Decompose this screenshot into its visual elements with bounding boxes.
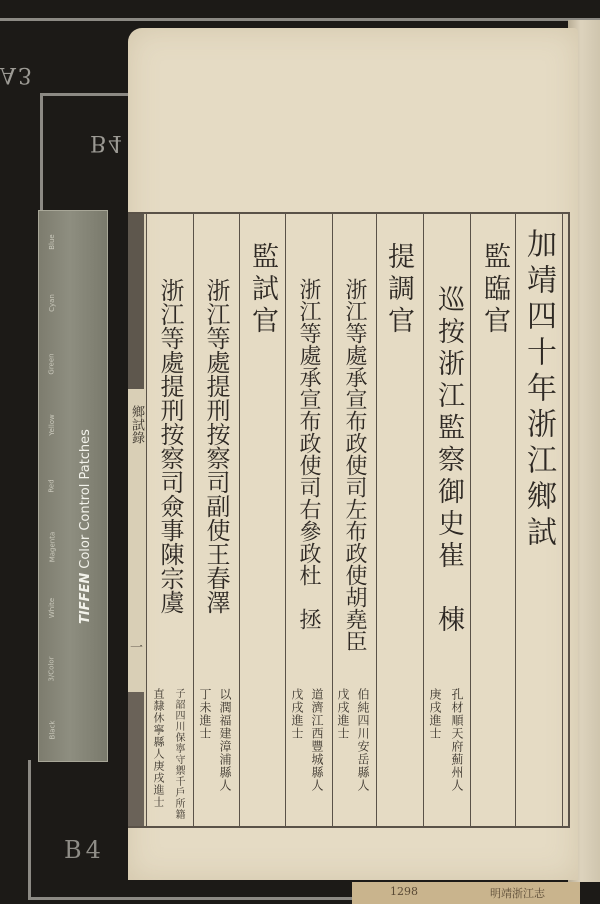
column-rule	[193, 214, 194, 826]
patch-label: Blue	[48, 234, 56, 250]
official-name: 浙江等處提刑按察司僉事陳宗虞	[152, 278, 188, 614]
strip-title: TIFFENColor Control Patches	[75, 251, 95, 801]
official-name: 浙江等處提刑按察司副使王春澤	[198, 278, 234, 614]
official-note: 丁未進士	[198, 688, 211, 740]
official-name: 巡按浙江監察御史崔 棟	[430, 285, 466, 637]
board-inner-box-top	[40, 93, 130, 96]
tiffen-logo: TIFFEN	[78, 572, 93, 623]
board-label-b4-bottom: B4	[64, 836, 105, 864]
board-label-b4-inner: B4	[90, 130, 124, 155]
official-note: 伯純四川安岳縣人	[356, 688, 369, 792]
official-name: 浙江等處承宣布政使司右參政杜 拯	[290, 278, 326, 630]
column-rule	[376, 214, 377, 826]
section-heading-tidiao: 提調官	[380, 242, 416, 338]
color-control-strip: Blue Cyan Green Yellow Red Magenta White…	[38, 210, 108, 762]
strip-title-text: Color Control Patches	[78, 429, 93, 569]
official-note: 戊戌進士	[290, 688, 303, 740]
column-rule	[470, 214, 471, 826]
column-rule	[285, 214, 286, 826]
patch-label: Yellow	[48, 414, 56, 436]
patch-label: Green	[48, 353, 56, 374]
column-rule	[423, 214, 424, 826]
section-heading-jianlin: 監臨官	[476, 242, 512, 338]
patch-label: Cyan	[48, 294, 56, 312]
official-note: 戊戌進士	[336, 688, 349, 740]
patch-label: Magenta	[48, 532, 56, 563]
official-note: 以潤福建漳浦縣人	[218, 688, 231, 792]
patch-labels: Blue Cyan Green Yellow Red Magenta White…	[45, 211, 59, 761]
patch-label: Black	[48, 721, 56, 740]
official-note: 子韶四川保寧守禦千戶所籍	[173, 688, 184, 820]
board-inner-box-left	[40, 93, 43, 213]
board-outer-left-line	[28, 760, 31, 900]
patch-label: White	[48, 598, 56, 618]
document-title: 加靖四十年浙江鄉試	[520, 228, 556, 552]
column-rule	[515, 214, 516, 826]
board-frame-top-line	[0, 18, 600, 21]
column-rule	[239, 214, 240, 826]
column-rule	[332, 214, 333, 826]
section-heading-jianshi: 監試官	[244, 242, 280, 338]
official-note: 直隸休寧縣人庚戌進士	[152, 688, 164, 808]
board-bottom-line	[28, 897, 358, 900]
library-slip: 1298 明靖浙江志	[352, 882, 580, 904]
slip-title: 明靖浙江志	[490, 885, 545, 901]
patch-label: Red	[48, 479, 56, 492]
official-note: 庚戌進士	[428, 688, 441, 740]
board-label-a3: A3	[0, 62, 34, 87]
patch-label: 3/Color	[48, 657, 56, 682]
slip-number: 1298	[390, 885, 418, 898]
official-note: 道濟江西豐城縣人	[310, 688, 323, 792]
official-note: 孔材順天府薊州人	[450, 688, 463, 792]
official-name: 浙江等處承宣布政使司左布政使胡堯臣	[336, 278, 372, 652]
column-rule	[562, 214, 563, 826]
column-rule	[146, 214, 147, 826]
